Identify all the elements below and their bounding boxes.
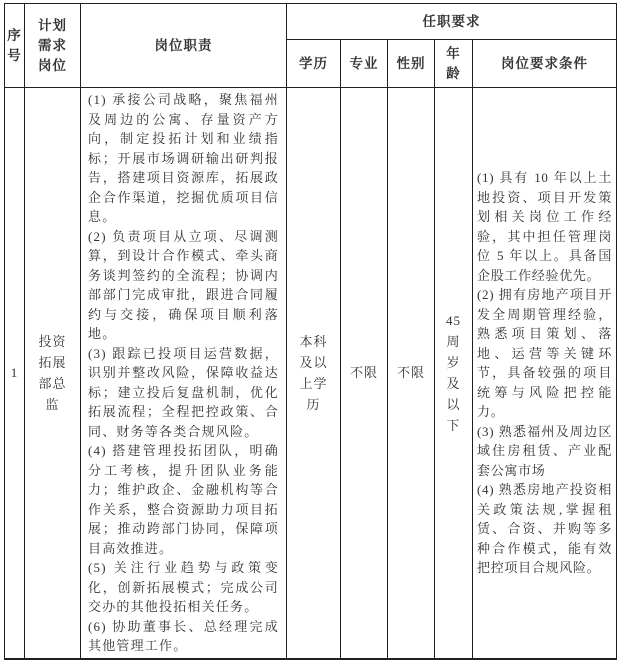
header-education: 学历 [287,40,341,88]
header-major: 专业 [341,40,388,88]
cell-gender: 不限 [388,88,435,659]
cell-job-duties: (1) 承接公司战略，聚焦福州及周边的公寓、存量资产方向，制定投拓计划和业绩指标… [81,88,287,659]
cell-serial-number: 1 [5,88,25,659]
duty-item: (3) 跟踪已投项目运营数据，识别并整改风险，保障收益达标；建立投后复盘机制，优… [88,344,279,442]
header-requirement-conditions: 岗位要求条件 [473,40,617,88]
duty-item: (4) 搭建管理投拓团队，明确分工考核，提升团队业务能力；维护政企、金融机构等合… [88,441,279,558]
cell-position-name: 投资拓展部总监 [25,88,81,659]
duty-item: (2) 负责项目从立项、尽调测算，到设计合作模式、牵头商务谈判签约的全流程；协调… [88,227,279,344]
cell-requirement-conditions: (1) 具有 10 年以上土地投资、项目开发策划相关岗位工作经验，其中担任管理岗… [473,88,617,659]
document-page: 序号 计划需求岗位 岗位职责 任职要求 学历 专业 性别 年龄 岗位要求条件 1… [0,0,621,645]
requirement-item: (3) 熟悉福州及周边区域住房租赁、产业配套公寓市场 [477,422,612,481]
header-qualification-requirements: 任职要求 [287,4,617,40]
duty-item: (1) 承接公司战略，聚焦福州及周边的公寓、存量资产方向，制定投拓计划和业绩指标… [88,90,279,227]
requirement-item: (4) 熟悉房地产投资相关政策法规,掌握租赁、合资、并购等多种合作模式，能有效把… [477,480,612,578]
cell-education: 本科及以上学历 [287,88,341,659]
duty-item: (5) 关注行业趋势与政策变化，创新拓展模式；完成公司交办的其他投拓相关任务。 [88,558,279,617]
requirement-item: (1) 具有 10 年以上土地投资、项目开发策划相关岗位工作经验，其中担任管理岗… [477,168,612,285]
header-serial-number: 序号 [5,4,25,88]
header-gender: 性别 [388,40,435,88]
requirement-item: (2) 拥有房地产项目开发全周期管理经验，熟悉项目策划、落地、运营等关键环节，具… [477,285,612,422]
header-age: 年龄 [435,40,473,88]
cell-age: 45周岁及以下 [435,88,473,659]
recruitment-table: 序号 计划需求岗位 岗位职责 任职要求 学历 专业 性别 年龄 岗位要求条件 1… [4,3,617,660]
header-job-duties: 岗位职责 [81,4,287,88]
cell-major: 不限 [341,88,388,659]
header-planned-position: 计划需求岗位 [25,4,81,88]
duty-item: (6) 协助董事长、总经理完成其他管理工作。 [88,617,279,656]
